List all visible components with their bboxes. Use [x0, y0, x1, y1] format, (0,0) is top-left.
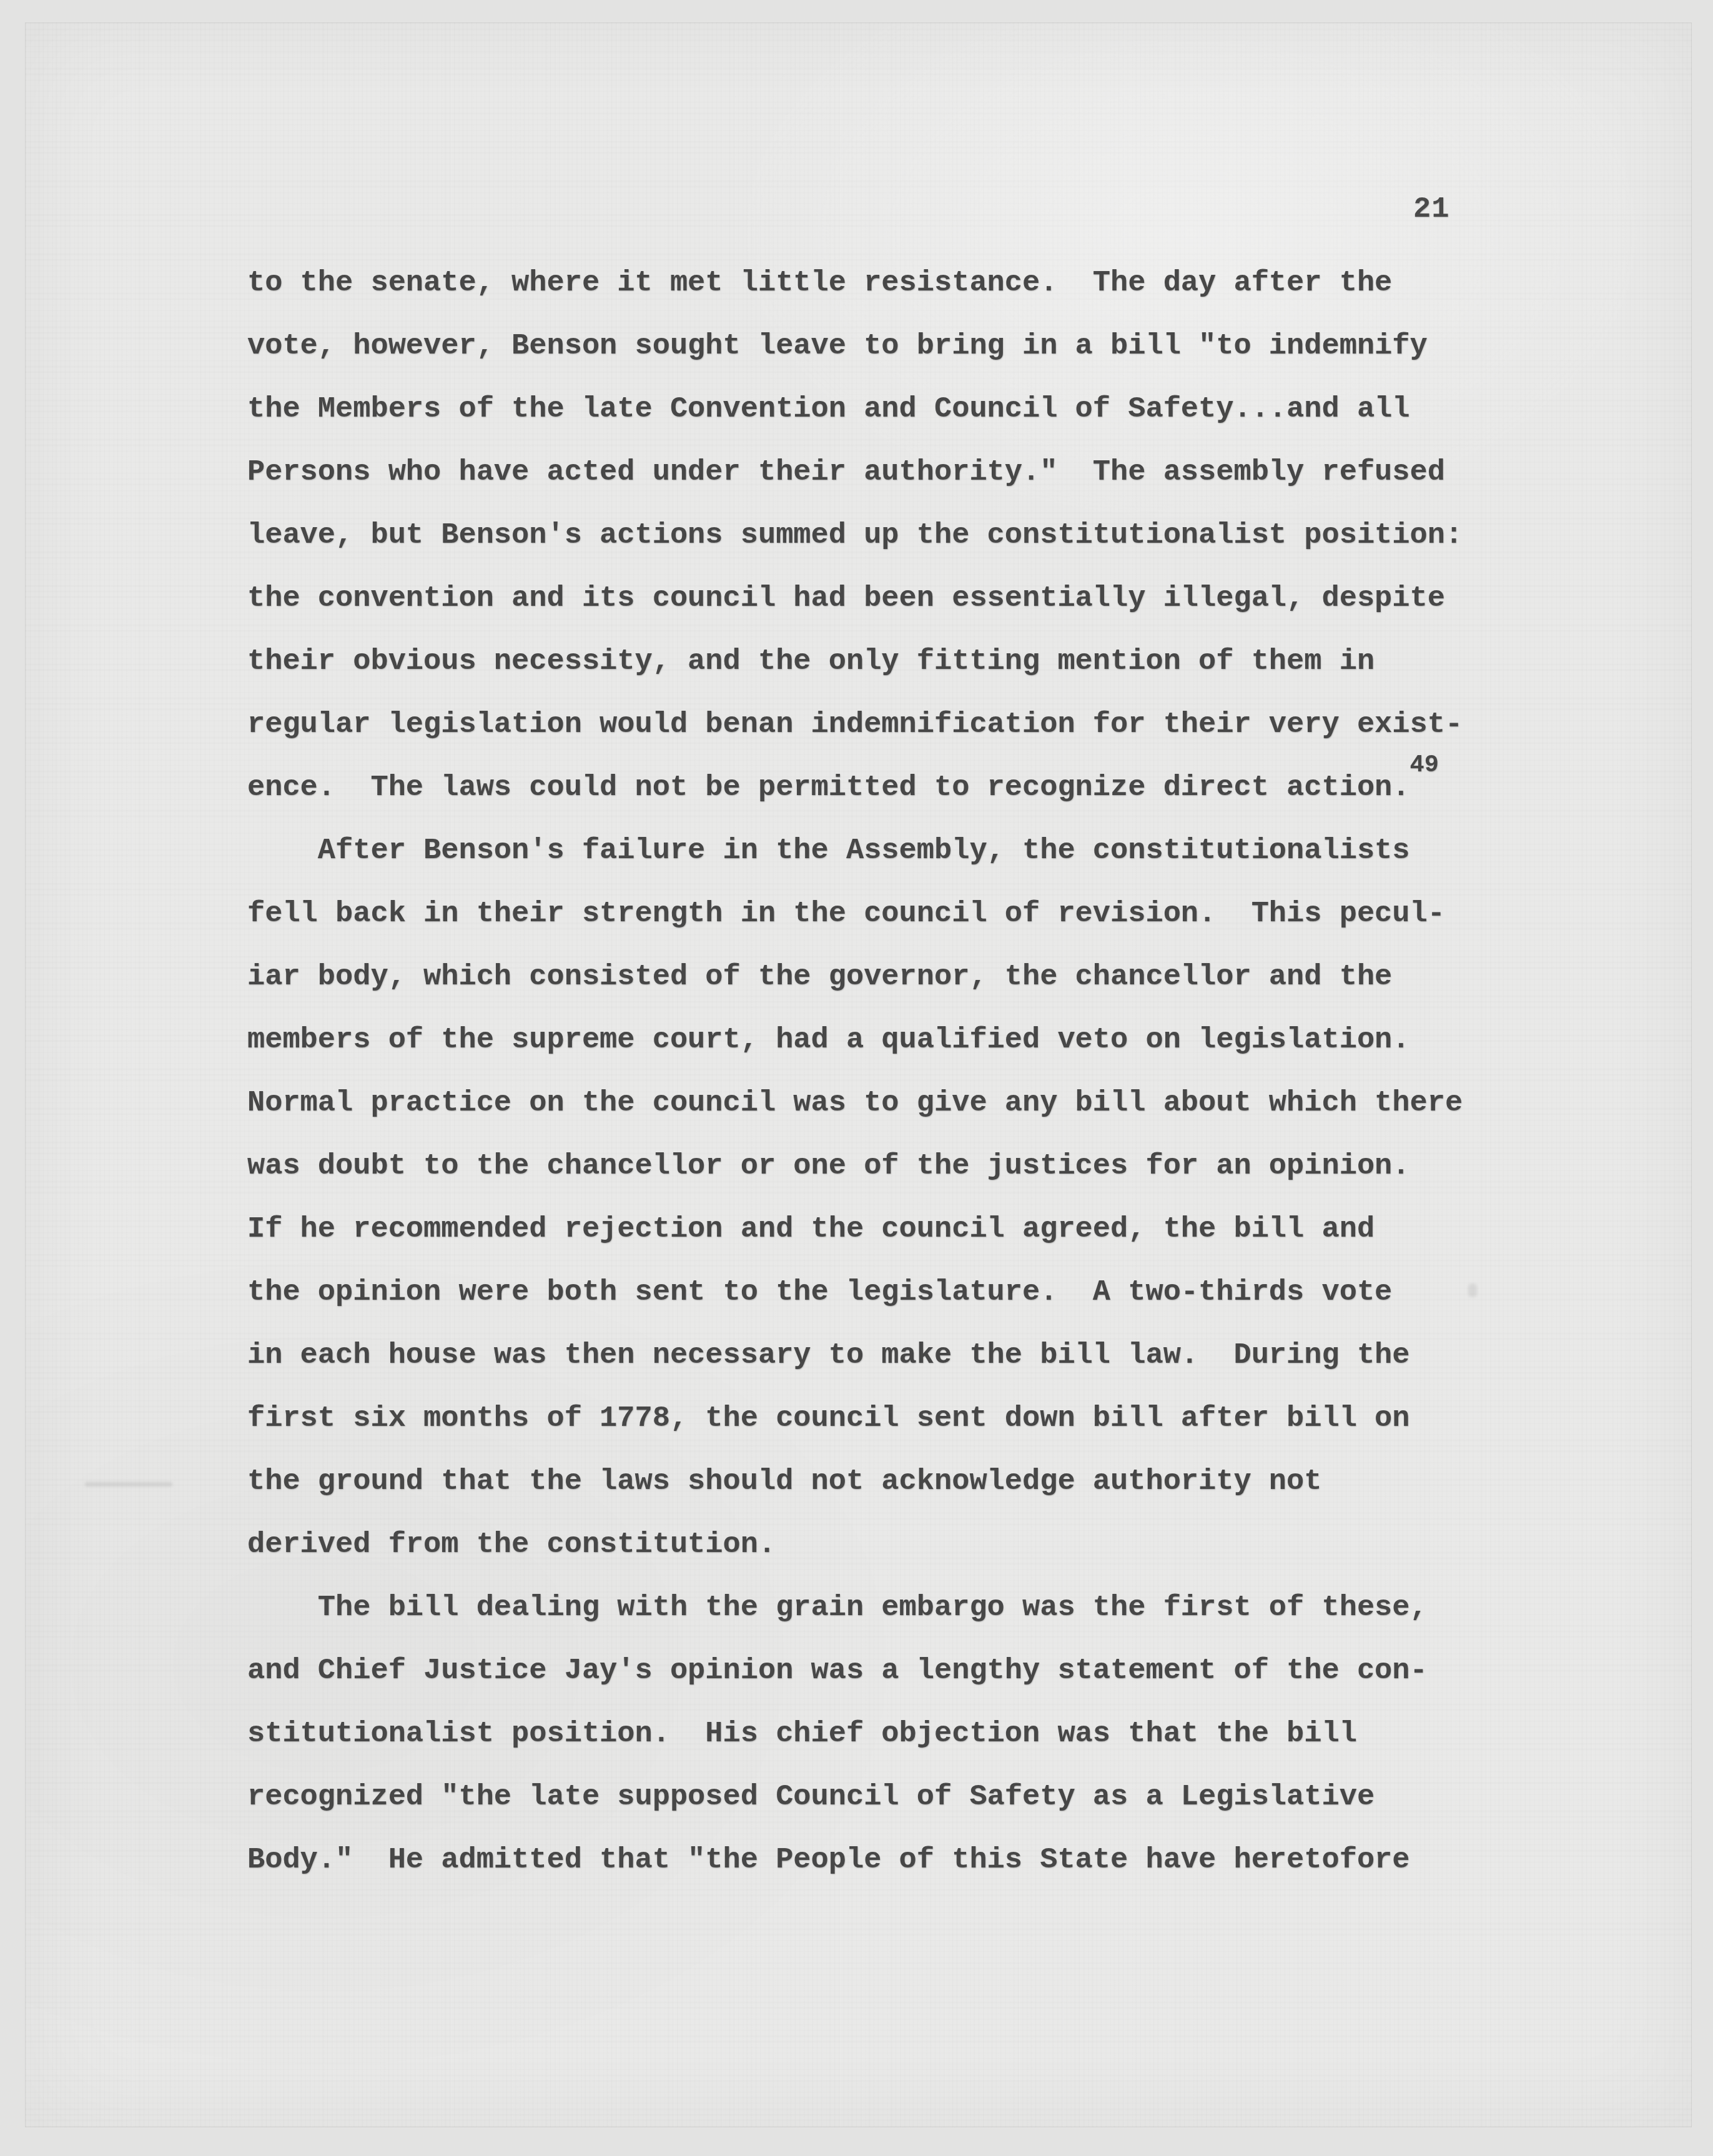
text-line: If he recommended rejection and the coun…: [247, 1198, 1528, 1261]
text-line: leave, but Benson's actions summed up th…: [247, 504, 1528, 567]
text-line: the opinion were both sent to the legisl…: [247, 1261, 1528, 1324]
text-line: first six months of 1778, the council se…: [247, 1387, 1528, 1450]
text-line: to the senate, where it met little resis…: [247, 252, 1528, 315]
text-line: the convention and its council had been …: [247, 567, 1528, 630]
text-line: the ground that the laws should not ackn…: [247, 1450, 1528, 1513]
speck-artifact: [1468, 1283, 1477, 1297]
text-line: the Members of the late Convention and C…: [247, 378, 1528, 441]
text-line: in each house was then necessary to make…: [247, 1324, 1528, 1387]
text-line: stitutionalist position. His chief objec…: [247, 1703, 1528, 1766]
scanned-page: 21 to the senate, where it met little re…: [0, 0, 1713, 2156]
typewritten-text: to the senate, where it met little resis…: [247, 252, 1528, 1892]
text-line: their obvious necessity, and the only fi…: [247, 630, 1528, 693]
text-line: recognized "the late supposed Council of…: [247, 1766, 1528, 1829]
text-line: was doubt to the chancellor or one of th…: [247, 1135, 1528, 1198]
text-line: iar body, which consisted of the governo…: [247, 946, 1528, 1009]
paper-sheet: 21 to the senate, where it met little re…: [25, 22, 1692, 2127]
text-line: Persons who have acted under their autho…: [247, 441, 1528, 504]
footnote-marker: 49: [1410, 751, 1439, 779]
text-line: derived from the constitution.: [247, 1513, 1528, 1576]
text-line: and Chief Justice Jay's opinion was a le…: [247, 1639, 1528, 1703]
text-line: Normal practice on the council was to gi…: [247, 1072, 1528, 1135]
text-line: members of the supreme court, had a qual…: [247, 1009, 1528, 1072]
text-line: The bill dealing with the grain embargo …: [247, 1576, 1528, 1639]
text-line: After Benson's failure in the Assembly, …: [247, 819, 1528, 883]
text-line: regular legislation would benan indemnif…: [247, 693, 1528, 756]
smudge-artifact: [85, 1482, 172, 1486]
text-line: fell back in their strength in the counc…: [247, 883, 1528, 946]
text-line: Body." He admitted that "the People of t…: [247, 1829, 1528, 1892]
text-line: ence. The laws could not be permitted to…: [247, 756, 1528, 819]
text-line: vote, however, Benson sought leave to br…: [247, 315, 1528, 378]
page-number: 21: [1413, 193, 1449, 226]
